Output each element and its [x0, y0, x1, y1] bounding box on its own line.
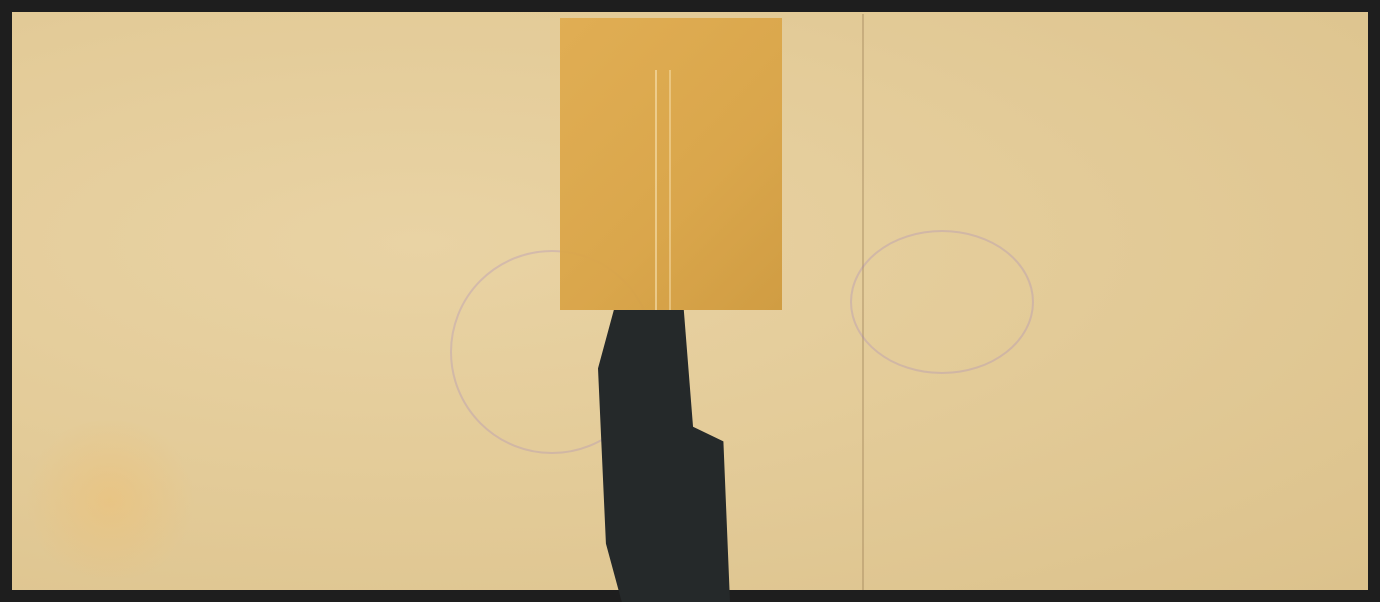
cancellation-mark — [850, 230, 1034, 374]
paper-stain — [20, 420, 200, 580]
hinge-tape — [560, 18, 782, 310]
tape-fold — [655, 70, 671, 310]
